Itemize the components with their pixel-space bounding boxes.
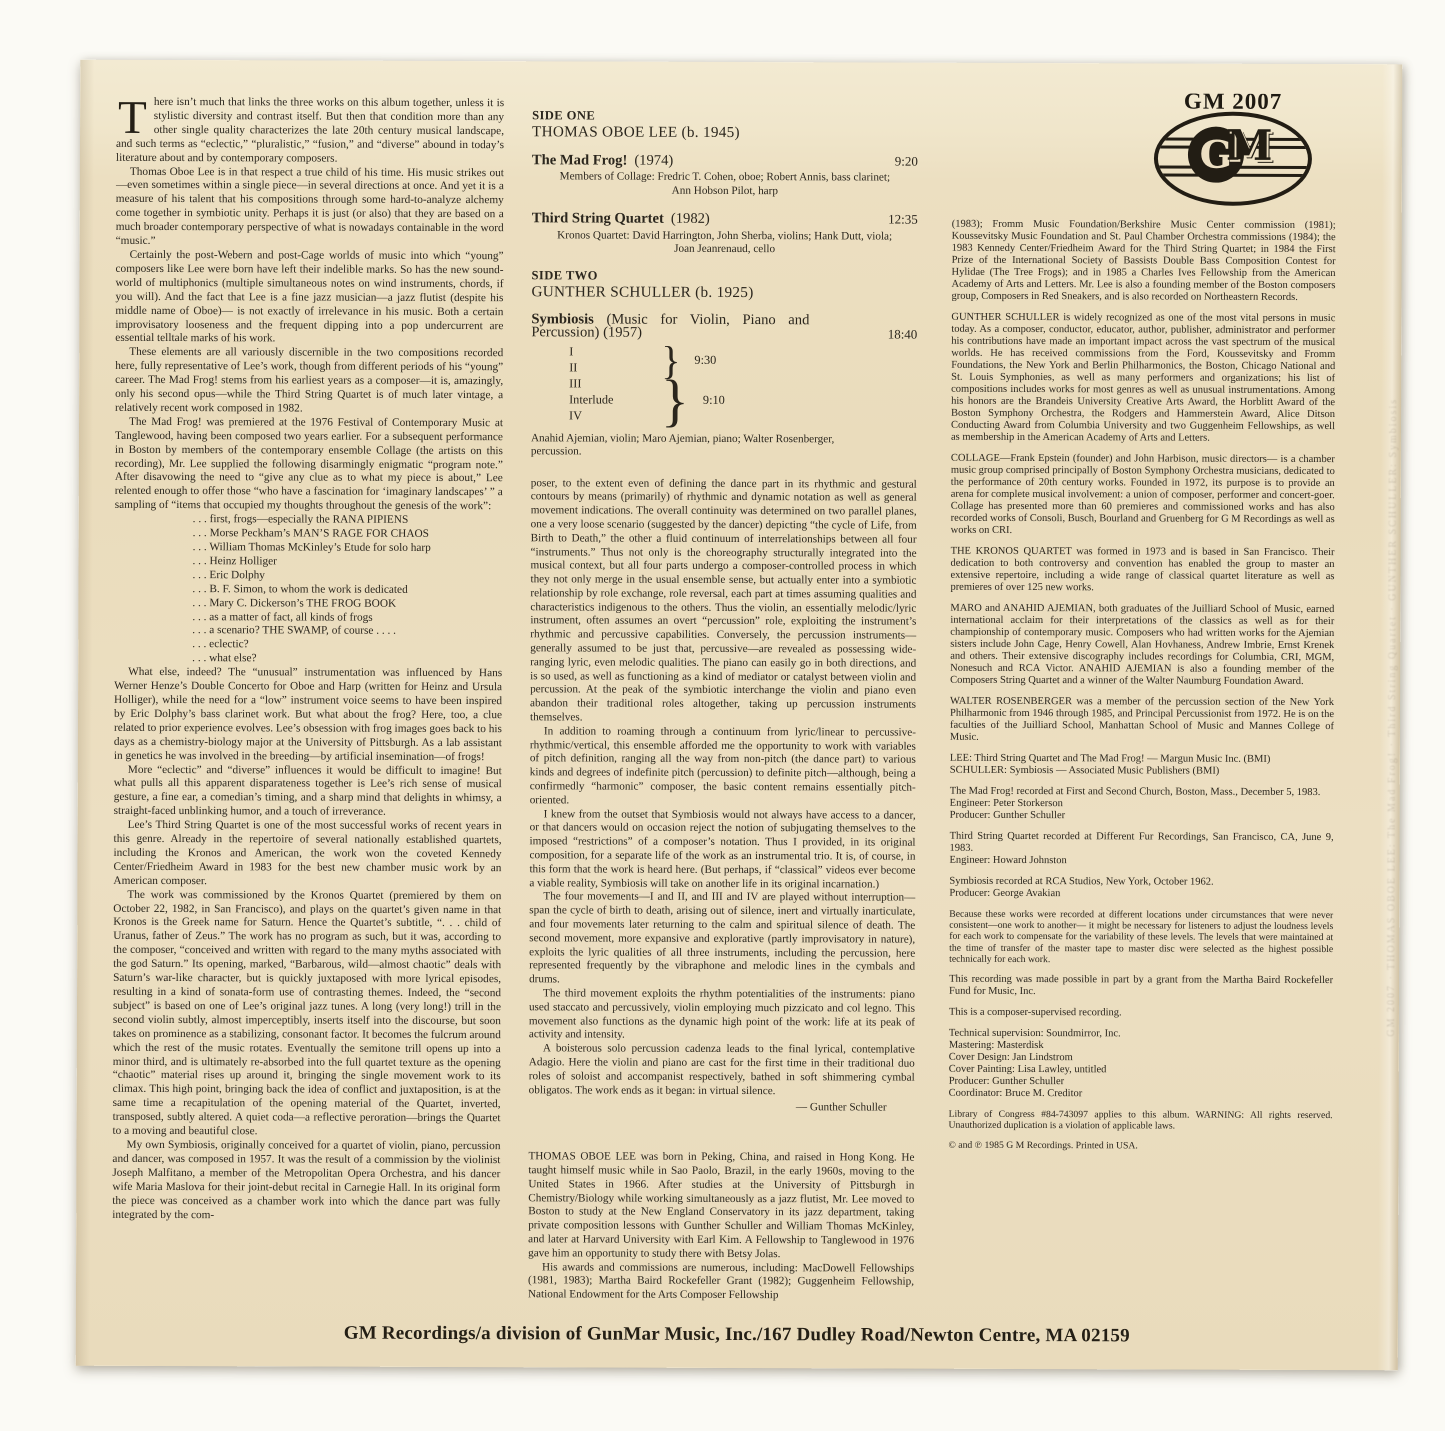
track-mad-frog: The Mad Frog! (1974) 9:20 Members of Col… bbox=[532, 153, 918, 199]
paragraph: My own Symbiosis, originally conceived f… bbox=[112, 1139, 500, 1224]
paragraph: . . . William Thomas McKinley’s Etude fo… bbox=[193, 541, 503, 556]
paragraph: . . . first, frogs—especially the RANA P… bbox=[193, 513, 503, 528]
symbiosis-movements: I II } 9:30 III Interlude IV } 9:10 bbox=[569, 345, 917, 426]
paragraph: His awards and commissions are numerous,… bbox=[528, 1261, 914, 1304]
paragraph: This is a composer-supervised recording. bbox=[949, 1007, 1333, 1020]
paragraph: . . . eclectic? bbox=[192, 638, 502, 653]
paragraph: WALTER ROSENBERGER was a member of the p… bbox=[950, 696, 1334, 745]
side-two-composer: GUNTHER SCHULLER (b. 1925) bbox=[531, 285, 917, 300]
gm-records-logo-icon: G M bbox=[1154, 111, 1312, 206]
paragraph: Symbiosis recorded at RCA Studios, New Y… bbox=[949, 876, 1333, 901]
middle-column-text: poser, to the extent even of defining th… bbox=[528, 477, 917, 1304]
spine-bleedthrough-text: GM 2007 · THOMAS OBOE LEE: The Mad Frog!… bbox=[1386, 398, 1399, 1037]
movement-group: I II } 9:30 bbox=[569, 345, 917, 378]
track-duration: 18:40 bbox=[888, 328, 918, 342]
paragraph: Thomas Oboe Lee is in that respect a tru… bbox=[116, 165, 504, 250]
brace-glyph: } bbox=[661, 394, 689, 408]
paragraph: . . . B. F. Simon, to whom the work is d… bbox=[192, 583, 502, 598]
paragraph: GUNTHER SCHULLER is widely recognized as… bbox=[951, 312, 1335, 445]
paragraph: (1983); Fromm Music Foundation/Berkshire… bbox=[951, 219, 1335, 304]
track-symbiosis: Symbiosis (Music for Violin, Piano and P… bbox=[531, 313, 918, 460]
paragraph: . . . a scenario? THE SWAMP, of course .… bbox=[192, 625, 502, 640]
track-year: (1974) bbox=[634, 154, 673, 168]
movement-duration: 9:10 bbox=[703, 394, 725, 408]
paragraph: A boisterous solo percussion cadenza lea… bbox=[529, 1042, 915, 1099]
paragraph: Lee’s Third String Quartet is one of the… bbox=[113, 819, 501, 890]
track-performers: Members of Collage: Fredric T. Cohen, ob… bbox=[532, 171, 918, 199]
track-title: The Mad Frog! bbox=[532, 154, 627, 168]
paragraph: The four movements—I and II, and III and… bbox=[529, 891, 915, 989]
paragraph: THOMAS OBOE LEE was born in Peking, Chin… bbox=[528, 1150, 914, 1262]
label-brand-block: GM 2007 G M bbox=[1148, 95, 1318, 206]
movement-duration: 9:30 bbox=[694, 354, 716, 368]
track-year: (1982) bbox=[671, 213, 710, 227]
paragraph: Third String Quartet recorded at Differe… bbox=[949, 831, 1333, 868]
paragraph: There isn’t much that links the three wo… bbox=[116, 96, 504, 167]
paragraph: . . . Morse Peckham’s MAN’S RAGE FOR CHA… bbox=[193, 527, 503, 542]
paragraph: Library of Congress #84-743097 applies t… bbox=[949, 1109, 1333, 1133]
paragraph: . . . Heinz Holliger bbox=[193, 555, 503, 570]
paragraph: In addition to roaming through a continu… bbox=[530, 725, 916, 809]
track-third-string-quartet: Third String Quartet (1982) 12:35 Kronos… bbox=[532, 211, 918, 257]
right-column-text: (1983); Fromm Music Foundation/Berkshire… bbox=[948, 219, 1335, 1153]
paragraph: The work was commissioned by the Kronos … bbox=[113, 888, 502, 1140]
paragraph: Technical supervision: Soundmirror, Inc.… bbox=[949, 1028, 1333, 1101]
paragraph: The Mad Frog! recorded at First and Seco… bbox=[950, 786, 1334, 823]
paragraph: . . . as a matter of fact, all kinds of … bbox=[192, 611, 502, 626]
logo-letter-m: M bbox=[1226, 140, 1273, 152]
paragraph: Certainly the post-Webern and post-Cage … bbox=[115, 249, 503, 348]
tracklist: SIDE ONE THOMAS OBOE LEE (b. 1945) The M… bbox=[531, 109, 918, 460]
label-address-footer: GM Recordings/a division of GunMar Music… bbox=[76, 1322, 1398, 1349]
paragraph: These elements are all variously discern… bbox=[115, 346, 503, 417]
liner-notes-right-column: GM 2007 G M (1983); Fromm Music Foundati… bbox=[948, 93, 1336, 1346]
brace-glyph: } bbox=[661, 354, 680, 368]
catalog-number: GM 2007 bbox=[1148, 95, 1318, 108]
track-title: Third String Quartet bbox=[532, 212, 664, 226]
track-duration: 12:35 bbox=[888, 212, 918, 226]
movement-labels: III Interlude IV bbox=[569, 377, 647, 425]
paragraph: . . . what else? bbox=[192, 652, 502, 667]
paragraph: MARO and ANAHID AJEMIAN, both graduates … bbox=[950, 603, 1334, 688]
movement-labels: I II bbox=[569, 345, 647, 377]
paragraph: COLLAGE—Frank Epstein (founder) and John… bbox=[951, 453, 1335, 538]
paragraph: LEE: Third String Quartet and The Mad Fr… bbox=[950, 753, 1334, 778]
paragraph: I knew from the outset that Symbiosis wo… bbox=[529, 808, 915, 892]
paragraph: THE KRONOS QUARTET was formed in 1973 an… bbox=[950, 546, 1334, 595]
paragraph: More “eclectic” and “diverse” influences… bbox=[114, 763, 502, 820]
paragraph: The Mad Frog! was premiered at the 1976 … bbox=[115, 416, 503, 515]
paragraph: — Gunther Schuller bbox=[529, 1101, 915, 1116]
album-back-cover: There isn’t much that links the three wo… bbox=[76, 60, 1403, 1371]
scan-background: { "album": { "catalog_number": "GM 2007"… bbox=[0, 0, 1445, 1431]
paragraph: The third movement exploits the rhythm p… bbox=[529, 987, 915, 1044]
paragraph: . . . Mary C. Dickerson’s THE FROG BOOK bbox=[192, 597, 502, 612]
side-one-composer: THOMAS OBOE LEE (b. 1945) bbox=[532, 125, 918, 140]
side-two-heading: SIDE TWO bbox=[532, 269, 918, 284]
track-performers: Anahid Ajemian, violin; Maro Ajemian, pi… bbox=[531, 432, 917, 460]
paragraph: This recording was made possible in part… bbox=[949, 974, 1333, 999]
track-duration: 9:20 bbox=[895, 154, 918, 168]
paragraph: © and ℗ 1985 G M Recordings. Printed in … bbox=[948, 1140, 1332, 1153]
paragraph: Because these works were recorded at dif… bbox=[949, 909, 1333, 966]
liner-notes-middle-column: SIDE ONE THOMAS OBOE LEE (b. 1945) The M… bbox=[528, 109, 918, 1348]
track-performers: Kronos Quartet: David Harrington, John S… bbox=[532, 229, 918, 257]
paragraph: poser, to the extent even of defining th… bbox=[530, 477, 917, 727]
side-one-heading: SIDE ONE bbox=[532, 109, 918, 124]
liner-notes-left-column: There isn’t much that links the three wo… bbox=[112, 96, 504, 1341]
paragraph: What else, indeed? The “unusual” instrum… bbox=[114, 666, 502, 765]
movement-group: III Interlude IV } 9:10 bbox=[569, 377, 917, 426]
paragraph: . . . Eric Dolphy bbox=[192, 569, 502, 584]
